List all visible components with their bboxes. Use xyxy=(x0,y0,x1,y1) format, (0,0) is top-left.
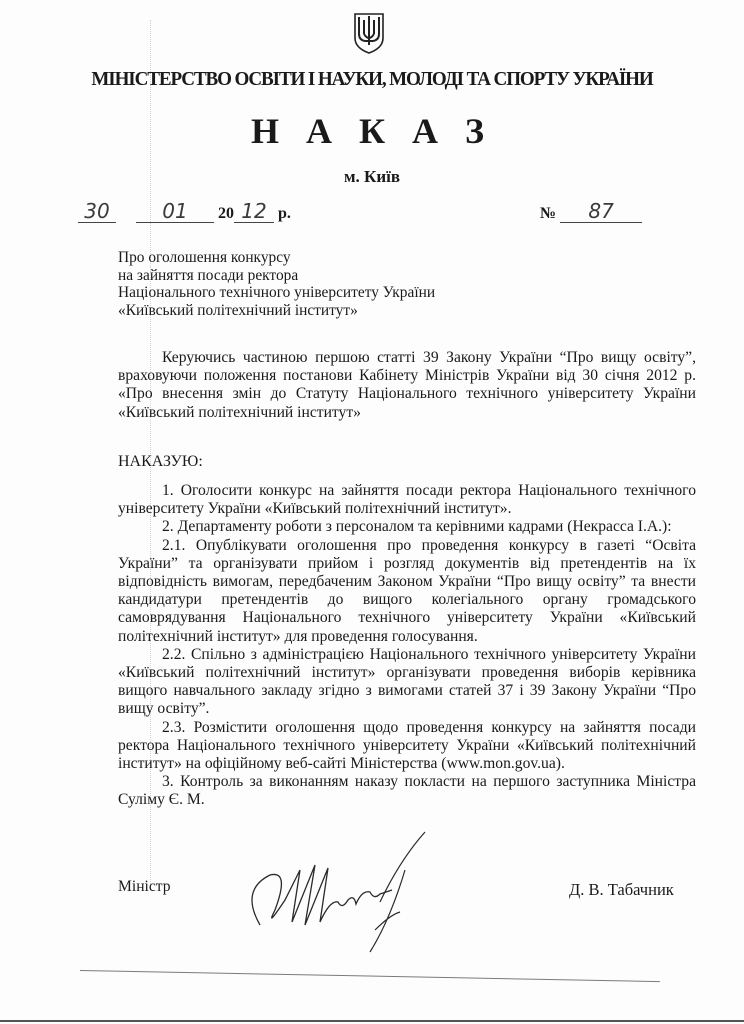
order-word: НАКАЗУЮ: xyxy=(118,453,203,471)
order-item: 2.2. Спільно з адміністрацією Національн… xyxy=(118,646,696,719)
date-month: 01 xyxy=(136,200,214,223)
order-item: 1. Оголосити конкурс на зайняття посади … xyxy=(118,482,696,518)
handwritten-signature-icon xyxy=(230,830,430,960)
subject-line: на зайняття посади ректора xyxy=(118,267,435,285)
order-title: Н А К А З xyxy=(0,110,744,152)
scan-artifact-line xyxy=(0,1020,744,1022)
trident-coat-of-arms-icon xyxy=(352,12,386,54)
number-label: № xyxy=(540,205,556,222)
preamble-text: Керуючись частиною першою статті 39 Зако… xyxy=(118,349,696,422)
number-value: 87 xyxy=(560,200,642,223)
subject-line: «Київський політехнічний інститут» xyxy=(118,302,435,320)
date-year-unit: р. xyxy=(278,205,291,222)
date-year-prefix: 20 xyxy=(218,205,234,222)
document-page: МІНІСТЕРСТВО ОСВІТИ І НАУКИ, МОЛОДІ ТА С… xyxy=(0,0,744,1024)
date-year-suffix: 12 xyxy=(234,200,274,223)
order-item: 2.1. Опублікувати оголошення про проведе… xyxy=(118,537,696,646)
order-item: 3. Контроль за виконанням наказу покласт… xyxy=(118,773,696,809)
order-items: 1. Оголосити конкурс на зайняття посади … xyxy=(118,482,696,810)
preamble: Керуючись частиною першою статті 39 Зако… xyxy=(118,349,696,422)
signatory-role: Міністр xyxy=(118,878,171,896)
date-day: 30 xyxy=(78,200,116,223)
scan-artifact-line xyxy=(80,970,660,982)
city-label: м. Київ xyxy=(0,167,744,187)
order-subject: Про оголошення конкурсу на зайняття поса… xyxy=(118,249,435,319)
order-item: 2.3. Розмістити оголошення щодо проведен… xyxy=(118,719,696,774)
ministry-heading: МІНІСТЕРСТВО ОСВІТИ І НАУКИ, МОЛОДІ ТА С… xyxy=(26,68,718,91)
order-number: № 87 xyxy=(540,200,642,223)
signatory-name: Д. В. Табачник xyxy=(569,880,674,900)
order-date: 30 01 2012 р. xyxy=(78,200,291,223)
order-item: 2. Департаменту роботи з персоналом та к… xyxy=(118,518,696,536)
subject-line: Національного технічного університету Ук… xyxy=(118,284,435,302)
subject-line: Про оголошення конкурсу xyxy=(118,249,435,267)
